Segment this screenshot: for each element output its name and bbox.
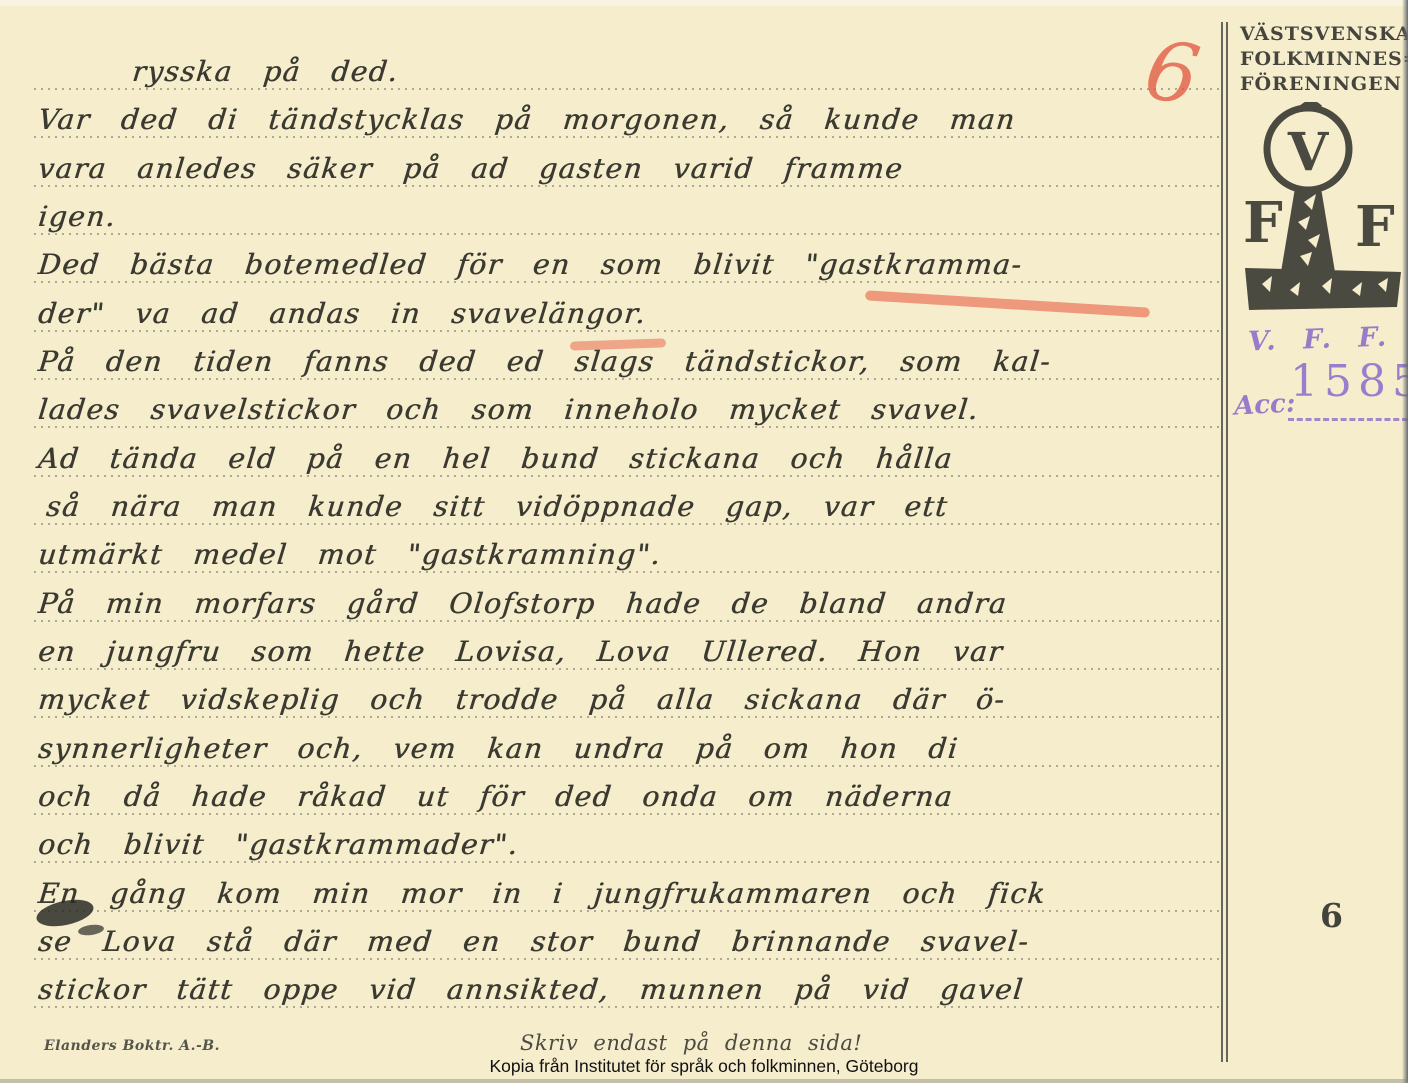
manuscript-line: lades svavelstickor och som inneholo myc…	[36, 388, 981, 432]
manuscript-line: der" va ad andas in svavelängor.	[36, 292, 649, 336]
organisation-name-line: FÖRENINGEN	[1240, 72, 1408, 97]
logo-letter-v: V	[1287, 122, 1330, 183]
manuscript-line: så nära man kunde sitt vidöppnade gap, v…	[44, 485, 950, 529]
organisation-name-line: VÄSTSVENSKA	[1240, 22, 1408, 47]
printer-credit: Elanders Boktr. A.-B.	[44, 1038, 220, 1054]
ruled-line	[34, 233, 1220, 235]
red-underline-gastkramma	[865, 290, 1150, 317]
stamp-acc-underline	[1288, 418, 1408, 421]
manuscript-line: På den tiden fanns ded ed slags tändstic…	[36, 340, 1054, 384]
manuscript-line: se Lova stå där med en stor bund brinnan…	[36, 920, 1032, 964]
manuscript-line: och då hade råkad ut för ded onda om näd…	[36, 775, 955, 819]
stamp-acc-number: 1585	[1290, 356, 1408, 407]
manuscript-line: synnerligheter och, vem kan undra på om …	[36, 727, 961, 771]
manuscript-line: På min morfars gård Olofstorp hade de bl…	[36, 582, 1010, 626]
manuscript-line: rysska på ded.	[130, 50, 401, 94]
red-page-number: 6	[1138, 22, 1206, 125]
manuscript-line: stickor tätt oppe vid annsikted, munnen …	[36, 968, 1026, 1012]
write-only-instruction: Skriv endast på denna sida!	[520, 1031, 862, 1055]
manuscript-line: igen.	[36, 195, 119, 239]
stamp-initials: V. F. F.	[1248, 322, 1389, 358]
organisation-name: VÄSTSVENSKA FOLKMINNES= FÖRENINGEN	[1240, 22, 1408, 97]
manuscript-line: utmärkt medel mot "gastkramning".	[36, 533, 664, 577]
manuscript-line: Ded bästa botemedled för en som blivit "…	[36, 243, 1025, 287]
manuscript-line: vara anledes säker på ad gasten varid fr…	[36, 147, 906, 191]
manuscript-line: en jungfru som hette Lovisa, Lova Ullere…	[36, 630, 1006, 674]
manuscript-line: En gång kom min mor in i jungfrukammaren…	[36, 872, 1048, 916]
logo-letter-f-right: F	[1355, 194, 1395, 260]
logo-letter-f-left: F	[1243, 190, 1283, 256]
organisation-name-line: FOLKMINNES=	[1240, 47, 1408, 72]
vff-hammer-logo: V F F	[1242, 102, 1404, 314]
manuscript-line: mycket vidskeplig och trodde på alla sic…	[36, 678, 1008, 722]
scan-edge-top	[0, 0, 1408, 6]
manuscript-page: rysska på ded. Var ded di tändstycklas p…	[0, 0, 1408, 1083]
manuscript-line: Var ded di tändstycklas på morgonen, så …	[36, 98, 1018, 142]
manuscript-line: och blivit "gastkrammader".	[36, 823, 521, 867]
scan-edge-right	[1402, 0, 1408, 1083]
archive-copy-note: Kopia från Institutet för språk och folk…	[490, 1056, 919, 1077]
manuscript-line: Ad tända eld på en hel bund stickana och…	[36, 437, 955, 481]
scan-edge-bottom	[0, 1079, 1408, 1083]
margin-separator-rule	[1221, 22, 1228, 1062]
printed-page-number: 6	[1320, 896, 1343, 935]
stamp-acc-label: Acc:	[1233, 388, 1296, 421]
